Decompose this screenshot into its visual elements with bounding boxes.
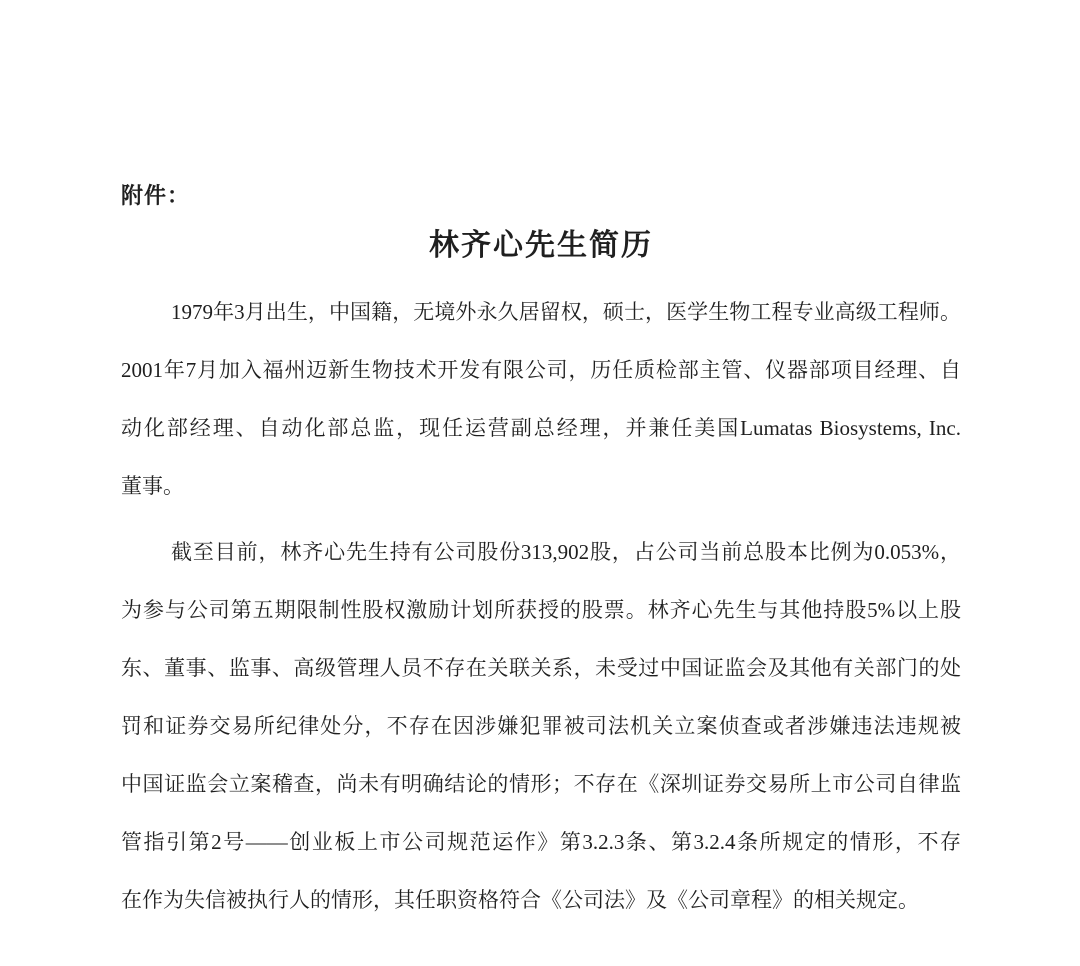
attachment-label: 附件：	[121, 183, 961, 209]
page-title: 林齐心先生简历	[121, 229, 961, 263]
paragraph-line: 董事。	[121, 457, 961, 515]
document-content: 附件： 林齐心先生简历 1979年3月出生，中国籍，无境外永久居留权，硕士，医学…	[121, 0, 961, 929]
paragraph-line: 2001年7月加入福州迈新生物技术开发有限公司，历任质检部主管、仪器部项目经理、…	[121, 341, 961, 399]
paragraph-line: 罚和证券交易所纪律处分，不存在因涉嫌犯罪被司法机关立案侦查或者涉嫌违法违规被	[121, 697, 961, 755]
document-page: 附件： 林齐心先生简历 1979年3月出生，中国籍，无境外永久居留权，硕士，医学…	[0, 0, 1080, 966]
paragraph-bio: 1979年3月出生，中国籍，无境外永久居留权，硕士，医学生物工程专业高级工程师。…	[121, 283, 961, 515]
paragraph-line: 为参与公司第五期限制性股权激励计划所获授的股票。林齐心先生与其他持股5%以上股	[121, 581, 961, 639]
paragraph-line: 管指引第2号——创业板上市公司规范运作》第3.2.3条、第3.2.4条所规定的情…	[121, 813, 961, 871]
paragraph-line: 动化部经理、自动化部总监，现任运营副总经理，并兼任美国Lumatas Biosy…	[121, 399, 961, 457]
paragraph-line: 截至目前，林齐心先生持有公司股份313,902股，占公司当前总股本比例为0.05…	[121, 523, 961, 581]
paragraph-line: 东、董事、监事、高级管理人员不存在关联关系，未受过中国证监会及其他有关部门的处	[121, 639, 961, 697]
paragraph-line: 在作为失信被执行人的情形，其任职资格符合《公司法》及《公司章程》的相关规定。	[121, 871, 961, 929]
paragraph-line: 中国证监会立案稽查，尚未有明确结论的情形；不存在《深圳证券交易所上市公司自律监	[121, 755, 961, 813]
paragraph-line: 1979年3月出生，中国籍，无境外永久居留权，硕士，医学生物工程专业高级工程师。	[121, 283, 961, 341]
paragraph-shareholding: 截至目前，林齐心先生持有公司股份313,902股，占公司当前总股本比例为0.05…	[121, 523, 961, 929]
